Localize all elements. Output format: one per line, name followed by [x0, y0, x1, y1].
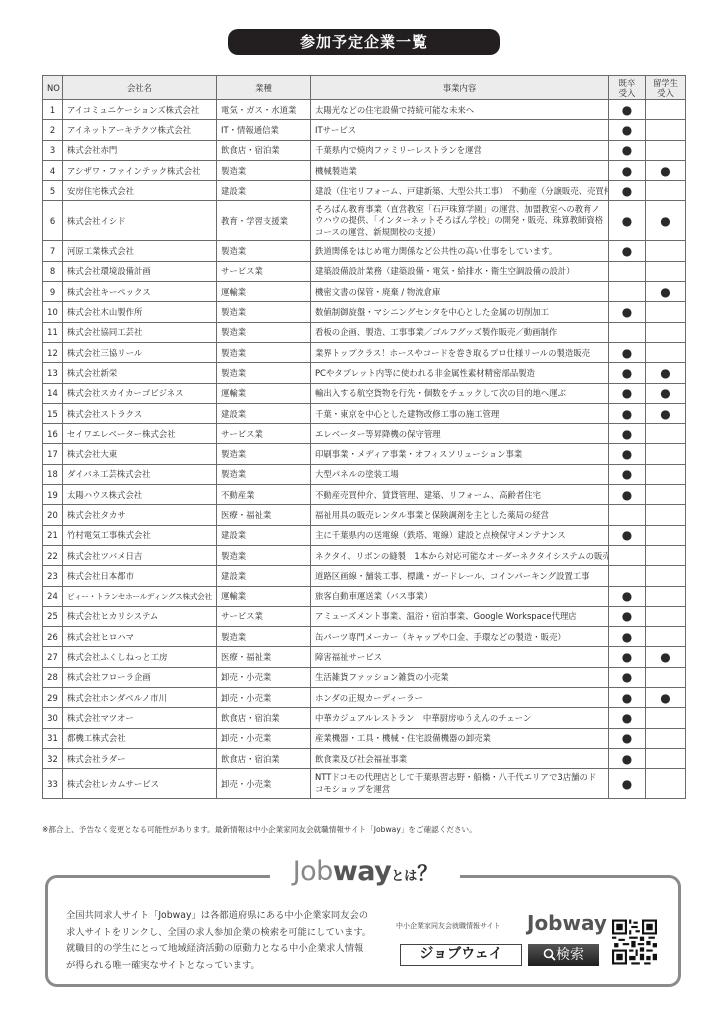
- company-name: 株式会社ふくしねっと工房: [63, 647, 217, 667]
- row-number: 11: [43, 322, 63, 342]
- table-row: 9株式会社キーペックス運輸業機密文書の保管・廃棄 / 物流倉庫●: [43, 282, 686, 302]
- table-row: 10株式会社木山製作所製造業数値制御旋盤・マシニングセンタを中心とした金属の切削…: [43, 302, 686, 322]
- business-description: 数値制御旋盤・マシニングセンタを中心とした金属の切削加工: [311, 302, 609, 322]
- company-name: 河原工業株式会社: [63, 241, 217, 261]
- table-row: 5安房住宅株式会社建設業建設（住宅リフォーム、戸建新築、大型公共工事） 不動産（…: [43, 181, 686, 201]
- ryugakusei-mark: ●: [646, 160, 686, 180]
- company-name: 株式会社マツオー: [63, 708, 217, 728]
- kisotsu-mark: ●: [609, 181, 646, 201]
- company-name: 株式会社キーペックス: [63, 282, 217, 302]
- row-number: 32: [43, 748, 63, 768]
- business-description: 旅客自動車運送業（バス事業）: [311, 586, 609, 606]
- industry: 製造業: [217, 160, 311, 180]
- ryugakusei-mark: [646, 586, 686, 606]
- table-row: 4アシザワ・ファインテック株式会社製造業機械製造業●●: [43, 160, 686, 180]
- company-name: 株式会社環境設備計画: [63, 261, 217, 281]
- ryugakusei-mark: [646, 241, 686, 261]
- company-name: 株式会社ツバメ日吉: [63, 545, 217, 565]
- company-name: 株式会社イシド: [63, 201, 217, 241]
- company-name: 株式会社スカイカーゴビジネス: [63, 383, 217, 403]
- kisotsu-mark: ●: [609, 485, 646, 505]
- page-title: 参加予定企業一覧: [228, 29, 500, 55]
- business-description: 業界トップクラス！ホースやコードを巻き取るプロ仕様リールの製造販売: [311, 342, 609, 362]
- business-description: そろばん教育事業（直営教室「石戸珠算学園」の運営、加盟教室への教育ノウハウの提供…: [311, 201, 609, 241]
- row-number: 16: [43, 424, 63, 444]
- business-description: 障害福祉サービス: [311, 647, 609, 667]
- business-description: 中華カジュアルレストラン 中華厨房ゆうえんのチェーン: [311, 708, 609, 728]
- company-name: 株式会社協同工芸社: [63, 322, 217, 342]
- company-name: 株式会社ストラクス: [63, 403, 217, 423]
- industry: 飲食店・宿泊業: [217, 708, 311, 728]
- header-no: NO: [43, 76, 63, 100]
- industry: 製造業: [217, 322, 311, 342]
- kisotsu-mark: ●: [609, 424, 646, 444]
- industry: 運輸業: [217, 383, 311, 403]
- business-description: 太陽光などの住宅設備で持続可能な未来へ: [311, 100, 609, 120]
- ryugakusei-mark: [646, 525, 686, 545]
- jobway-heading: Jobwayとは？: [270, 856, 460, 896]
- ryugakusei-mark: [646, 606, 686, 626]
- company-name: 株式会社レカムサービス: [63, 769, 217, 799]
- company-name: セイワエレベーター株式会社: [63, 424, 217, 444]
- table-row: 20株式会社タカサ医療・福祉業福祉用具の販売レンタル事業と保険調剤を主とした薬局…: [43, 505, 686, 525]
- ryugakusei-mark: [646, 667, 686, 687]
- industry: 教育・学習支援業: [217, 201, 311, 241]
- table-row: 7河原工業株式会社製造業鉄道関係をはじめ電力関係など公共性の高い仕事をしています…: [43, 241, 686, 261]
- industry: 製造業: [217, 342, 311, 362]
- kisotsu-mark: [609, 322, 646, 342]
- industry: 建設業: [217, 566, 311, 586]
- row-number: 24: [43, 586, 63, 606]
- company-name: 株式会社三協リール: [63, 342, 217, 362]
- company-name: アイコミュニケーションズ株式会社: [63, 100, 217, 120]
- row-number: 14: [43, 383, 63, 403]
- ryugakusei-mark: [646, 100, 686, 120]
- table-row: 22株式会社ツバメ日吉製造業ネクタイ、リボンの縫製 1本から対応可能なオーダーネ…: [43, 545, 686, 565]
- business-description: 缶パーツ専門メーカー（キャップや口金、手環などの製造・販売）: [311, 627, 609, 647]
- business-description: 飲食業及び社会福祉事業: [311, 748, 609, 768]
- company-name: ビィー・トランセホールディングス株式会社: [63, 586, 217, 606]
- industry: 製造業: [217, 444, 311, 464]
- company-name: 株式会社フローラ企画: [63, 667, 217, 687]
- kisotsu-mark: [609, 545, 646, 565]
- kisotsu-mark: ●: [609, 120, 646, 140]
- kisotsu-mark: ●: [609, 100, 646, 120]
- ryugakusei-mark: ●: [646, 403, 686, 423]
- site-label: 中小企業家同友会就職情報サイト: [396, 921, 501, 931]
- table-row: 2アイネットアーキテクツ株式会社IT・情報通信業ITサービス●: [43, 120, 686, 140]
- ryugakusei-mark: [646, 545, 686, 565]
- kisotsu-mark: ●: [609, 688, 646, 708]
- kisotsu-mark: ●: [609, 525, 646, 545]
- table-row: 19太陽ハウス株式会社不動産業不動産売買仲介、賃貸管理、建築、リフォーム、高齢者…: [43, 485, 686, 505]
- industry: 建設業: [217, 403, 311, 423]
- row-number: 33: [43, 769, 63, 799]
- table-row: 18ダイバネ工芸株式会社製造業大型パネルの塗装工場●: [43, 464, 686, 484]
- question-mark: ？: [417, 861, 437, 885]
- kisotsu-mark: ●: [609, 241, 646, 261]
- company-name: アシザワ・ファインテック株式会社: [63, 160, 217, 180]
- table-row: 25株式会社ヒカリシステムサービス業アミューズメント事業、温浴・宿泊事業、Goo…: [43, 606, 686, 626]
- ryugakusei-mark: ●: [646, 383, 686, 403]
- search-keyword-field: ジョブウェイ: [400, 944, 522, 966]
- kisotsu-mark: [609, 505, 646, 525]
- row-number: 20: [43, 505, 63, 525]
- industry: 製造業: [217, 464, 311, 484]
- table-row: 13株式会社新栄製造業PCやタブレット内等に使われる非金属性素材精密部品製造●●: [43, 363, 686, 383]
- table-row: 28株式会社フローラ企画卸売・小売業生活雑貨ファッション雑貨の小売業●: [43, 667, 686, 687]
- company-table: NO 会社名 業種 事業内容 既卒 受入 留学生 受入 1アイコミュニケーション…: [42, 75, 686, 799]
- row-number: 4: [43, 160, 63, 180]
- table-row: 15株式会社ストラクス建設業千葉・東京を中心とした建物改修工事の施工管理●●: [43, 403, 686, 423]
- company-name: 株式会社赤門: [63, 140, 217, 160]
- ryugakusei-mark: [646, 505, 686, 525]
- industry: サービス業: [217, 606, 311, 626]
- business-description: 機械製造業: [311, 160, 609, 180]
- ryugakusei-mark: [646, 140, 686, 160]
- row-number: 27: [43, 647, 63, 667]
- kisotsu-mark: [609, 261, 646, 281]
- row-number: 21: [43, 525, 63, 545]
- table-row: 32株式会社ラダー飲食店・宿泊業飲食業及び社会福祉事業●: [43, 748, 686, 768]
- row-number: 26: [43, 627, 63, 647]
- company-name: 株式会社ホンダベルノ市川: [63, 688, 217, 708]
- company-name: 株式会社ラダー: [63, 748, 217, 768]
- kisotsu-mark: ●: [609, 606, 646, 626]
- jobway-heading-suffix: とは: [391, 869, 417, 884]
- kisotsu-mark: ●: [609, 302, 646, 322]
- business-description: 不動産売買仲介、賃貸管理、建築、リフォーム、高齢者住宅: [311, 485, 609, 505]
- jobway-mini-logo: Jobway: [527, 911, 607, 935]
- ryugakusei-mark: ●: [646, 647, 686, 667]
- business-description: PCやタブレット内等に使われる非金属性素材精密部品製造: [311, 363, 609, 383]
- ryugakusei-mark: [646, 181, 686, 201]
- ryugakusei-mark: ●: [646, 363, 686, 383]
- company-name: 株式会社日本都市: [63, 566, 217, 586]
- row-number: 25: [43, 606, 63, 626]
- business-description: 看板の企画、製造、工事事業／ゴルフグッズ製作販売／動画制作: [311, 322, 609, 342]
- industry: 製造業: [217, 363, 311, 383]
- business-description: 千葉県内で焼肉ファミリーレストランを運営: [311, 140, 609, 160]
- business-description: 生活雑貨ファッション雑貨の小売業: [311, 667, 609, 687]
- table-row: 31都機工株式会社卸売・小売業産業機器・工具・機械・住宅設備機器の卸売業●: [43, 728, 686, 748]
- row-number: 12: [43, 342, 63, 362]
- row-number: 5: [43, 181, 63, 201]
- ryugakusei-mark: ●: [646, 688, 686, 708]
- table-row: 27株式会社ふくしねっと工房医療・福祉業障害福祉サービス●●: [43, 647, 686, 667]
- table-row: 14株式会社スカイカーゴビジネス運輸業輸出入する航空貨物を行先・個数をチェックし…: [43, 383, 686, 403]
- row-number: 13: [43, 363, 63, 383]
- search-icon: [543, 948, 556, 961]
- industry: 医療・福祉業: [217, 505, 311, 525]
- table-row: 33株式会社レカムサービス卸売・小売業NTTドコモの代理店として千葉県習志野・船…: [43, 769, 686, 799]
- kisotsu-mark: ●: [609, 464, 646, 484]
- table-row: 24ビィー・トランセホールディングス株式会社運輸業旅客自動車運送業（バス事業）●: [43, 586, 686, 606]
- header-industry: 業種: [217, 76, 311, 100]
- business-description: エレベーター等昇降機の保守管理: [311, 424, 609, 444]
- company-name: アイネットアーキテクツ株式会社: [63, 120, 217, 140]
- industry: 飲食店・宿泊業: [217, 140, 311, 160]
- ryugakusei-mark: [646, 627, 686, 647]
- row-number: 9: [43, 282, 63, 302]
- industry: IT・情報通信業: [217, 120, 311, 140]
- business-description: 産業機器・工具・機械・住宅設備機器の卸売業: [311, 728, 609, 748]
- ryugakusei-mark: ●: [646, 201, 686, 241]
- industry: 運輸業: [217, 586, 311, 606]
- company-name: 株式会社ヒカリシステム: [63, 606, 217, 626]
- row-number: 17: [43, 444, 63, 464]
- company-name: 株式会社木山製作所: [63, 302, 217, 322]
- company-name: 太陽ハウス株式会社: [63, 485, 217, 505]
- industry: 運輸業: [217, 282, 311, 302]
- ryugakusei-mark: [646, 728, 686, 748]
- kisotsu-mark: [609, 566, 646, 586]
- ryugakusei-mark: [646, 322, 686, 342]
- row-number: 19: [43, 485, 63, 505]
- row-number: 18: [43, 464, 63, 484]
- kisotsu-mark: ●: [609, 748, 646, 768]
- header-kisotsu: 既卒 受入: [609, 76, 646, 100]
- company-name: ダイバネ工芸株式会社: [63, 464, 217, 484]
- kisotsu-mark: ●: [609, 383, 646, 403]
- jobway-description: 全国共同求人サイト「Jobway」は各都道府県にある中小企業家同友会の 求人サイ…: [66, 908, 386, 974]
- row-number: 10: [43, 302, 63, 322]
- industry: 飲食店・宿泊業: [217, 748, 311, 768]
- row-number: 15: [43, 403, 63, 423]
- row-number: 22: [43, 545, 63, 565]
- industry: サービス業: [217, 261, 311, 281]
- ryugakusei-mark: [646, 261, 686, 281]
- business-description: 千葉・東京を中心とした建物改修工事の施工管理: [311, 403, 609, 423]
- business-description: NTTドコモの代理店として千葉県習志野・船橋・八千代エリアで3店舗のドコモショッ…: [311, 769, 609, 799]
- business-description: 建設（住宅リフォーム、戸建新築、大型公共工事） 不動産（分譲販売、売買仲介）: [311, 181, 609, 201]
- table-row: 21竹村電気工事株式会社建設業主に千葉県内の送電線（鉄塔、電線）建設と点検保守メ…: [43, 525, 686, 545]
- row-number: 28: [43, 667, 63, 687]
- table-row: 17株式会社大東製造業印刷事業・メディア事業・オフィスソリューション事業●: [43, 444, 686, 464]
- kisotsu-mark: ●: [609, 586, 646, 606]
- row-number: 29: [43, 688, 63, 708]
- table-row: 8株式会社環境設備計画サービス業建築設備設計業務（建築設備・電気・給排水・衛生空…: [43, 261, 686, 281]
- header-business: 事業内容: [311, 76, 609, 100]
- business-description: アミューズメント事業、温浴・宿泊事業、Google Workspace代理店: [311, 606, 609, 626]
- business-description: 主に千葉県内の送電線（鉄塔、電線）建設と点検保守メンテナンス: [311, 525, 609, 545]
- kisotsu-mark: ●: [609, 363, 646, 383]
- kisotsu-mark: [609, 282, 646, 302]
- kisotsu-mark: ●: [609, 728, 646, 748]
- kisotsu-mark: ●: [609, 769, 646, 799]
- kisotsu-mark: ●: [609, 201, 646, 241]
- business-description: ネクタイ、リボンの縫製 1本から対応可能なオーダーネクタイシステムの販売: [311, 545, 609, 565]
- company-name: 株式会社大東: [63, 444, 217, 464]
- industry: 製造業: [217, 545, 311, 565]
- industry: 建設業: [217, 181, 311, 201]
- industry: 医療・福祉業: [217, 647, 311, 667]
- row-number: 1: [43, 100, 63, 120]
- industry: 不動産業: [217, 485, 311, 505]
- row-number: 23: [43, 566, 63, 586]
- table-row: 1アイコミュニケーションズ株式会社電気・ガス・水道業太陽光などの住宅設備で持続可…: [43, 100, 686, 120]
- industry: 卸売・小売業: [217, 667, 311, 687]
- jobway-logo: Jobway: [293, 856, 392, 887]
- table-row: 3株式会社赤門飲食店・宿泊業千葉県内で焼肉ファミリーレストランを運営●: [43, 140, 686, 160]
- industry: サービス業: [217, 424, 311, 444]
- industry: 卸売・小売業: [217, 769, 311, 799]
- business-description: 大型パネルの塗装工場: [311, 464, 609, 484]
- ryugakusei-mark: [646, 444, 686, 464]
- industry: 製造業: [217, 241, 311, 261]
- ryugakusei-mark: [646, 120, 686, 140]
- ryugakusei-mark: [646, 485, 686, 505]
- ryugakusei-mark: [646, 708, 686, 728]
- row-number: 8: [43, 261, 63, 281]
- table-row: 29株式会社ホンダベルノ市川卸売・小売業ホンダの正規カーディーラー●●: [43, 688, 686, 708]
- row-number: 31: [43, 728, 63, 748]
- kisotsu-mark: ●: [609, 627, 646, 647]
- company-name: 安房住宅株式会社: [63, 181, 217, 201]
- business-description: 建築設備設計業務（建築設備・電気・給排水・衛生空調設備の設計）: [311, 261, 609, 281]
- company-name: 都機工株式会社: [63, 728, 217, 748]
- industry: 製造業: [217, 302, 311, 322]
- table-row: 26株式会社ヒロハマ製造業缶パーツ専門メーカー（キャップや口金、手環などの製造・…: [43, 627, 686, 647]
- business-description: 機密文書の保管・廃棄 / 物流倉庫: [311, 282, 609, 302]
- industry: 卸売・小売業: [217, 688, 311, 708]
- business-description: 福祉用具の販売レンタル事業と保険調剤を主とした薬局の経営: [311, 505, 609, 525]
- table-row: 6株式会社イシド教育・学習支援業そろばん教育事業（直営教室「石戸珠算学園」の運営…: [43, 201, 686, 241]
- company-name: 株式会社新栄: [63, 363, 217, 383]
- business-description: 鉄道関係をはじめ電力関係など公共性の高い仕事をしています。: [311, 241, 609, 261]
- business-description: 輸出入する航空貨物を行先・個数をチェックして次の目的地へ運ぶ: [311, 383, 609, 403]
- table-row: 12株式会社三協リール製造業業界トップクラス！ホースやコードを巻き取るプロ仕様リ…: [43, 342, 686, 362]
- ryugakusei-mark: ●: [646, 282, 686, 302]
- industry: 建設業: [217, 525, 311, 545]
- row-number: 7: [43, 241, 63, 261]
- industry: 電気・ガス・水道業: [217, 100, 311, 120]
- business-description: ITサービス: [311, 120, 609, 140]
- company-name: 株式会社ヒロハマ: [63, 627, 217, 647]
- kisotsu-mark: ●: [609, 342, 646, 362]
- table-header-row: NO 会社名 業種 事業内容 既卒 受入 留学生 受入: [43, 76, 686, 100]
- search-button: 検索: [528, 944, 599, 966]
- row-number: 6: [43, 201, 63, 241]
- industry: 製造業: [217, 627, 311, 647]
- qr-code-icon: [612, 918, 657, 966]
- kisotsu-mark: ●: [609, 403, 646, 423]
- table-row: 23株式会社日本都市建設業道路区画線・舗装工事、標識・ガードレール、コインパーキ…: [43, 566, 686, 586]
- ryugakusei-mark: [646, 566, 686, 586]
- kisotsu-mark: ●: [609, 160, 646, 180]
- header-ryugakusei: 留学生 受入: [646, 76, 686, 100]
- table-row: 11株式会社協同工芸社製造業看板の企画、製造、工事事業／ゴルフグッズ製作販売／動…: [43, 322, 686, 342]
- table-row: 16セイワエレベーター株式会社サービス業エレベーター等昇降機の保守管理●: [43, 424, 686, 444]
- ryugakusei-mark: [646, 302, 686, 322]
- table-row: 30株式会社マツオー飲食店・宿泊業中華カジュアルレストラン 中華厨房ゆうえんのチ…: [43, 708, 686, 728]
- company-name: 竹村電気工事株式会社: [63, 525, 217, 545]
- business-description: 印刷事業・メディア事業・オフィスソリューション事業: [311, 444, 609, 464]
- kisotsu-mark: ●: [609, 708, 646, 728]
- footnote: ※都合上、予告なく変更となる可能性があります。最新情報は中小企業家同友会就職情報…: [42, 824, 477, 835]
- row-number: 3: [43, 140, 63, 160]
- ryugakusei-mark: [646, 769, 686, 799]
- industry: 卸売・小売業: [217, 728, 311, 748]
- ryugakusei-mark: [646, 342, 686, 362]
- kisotsu-mark: ●: [609, 647, 646, 667]
- company-name: 株式会社タカサ: [63, 505, 217, 525]
- row-number: 30: [43, 708, 63, 728]
- kisotsu-mark: ●: [609, 140, 646, 160]
- ryugakusei-mark: [646, 464, 686, 484]
- kisotsu-mark: ●: [609, 444, 646, 464]
- header-company: 会社名: [63, 76, 217, 100]
- business-description: 道路区画線・舗装工事、標識・ガードレール、コインパーキング設置工事: [311, 566, 609, 586]
- row-number: 2: [43, 120, 63, 140]
- ryugakusei-mark: [646, 748, 686, 768]
- business-description: ホンダの正規カーディーラー: [311, 688, 609, 708]
- ryugakusei-mark: [646, 424, 686, 444]
- kisotsu-mark: ●: [609, 667, 646, 687]
